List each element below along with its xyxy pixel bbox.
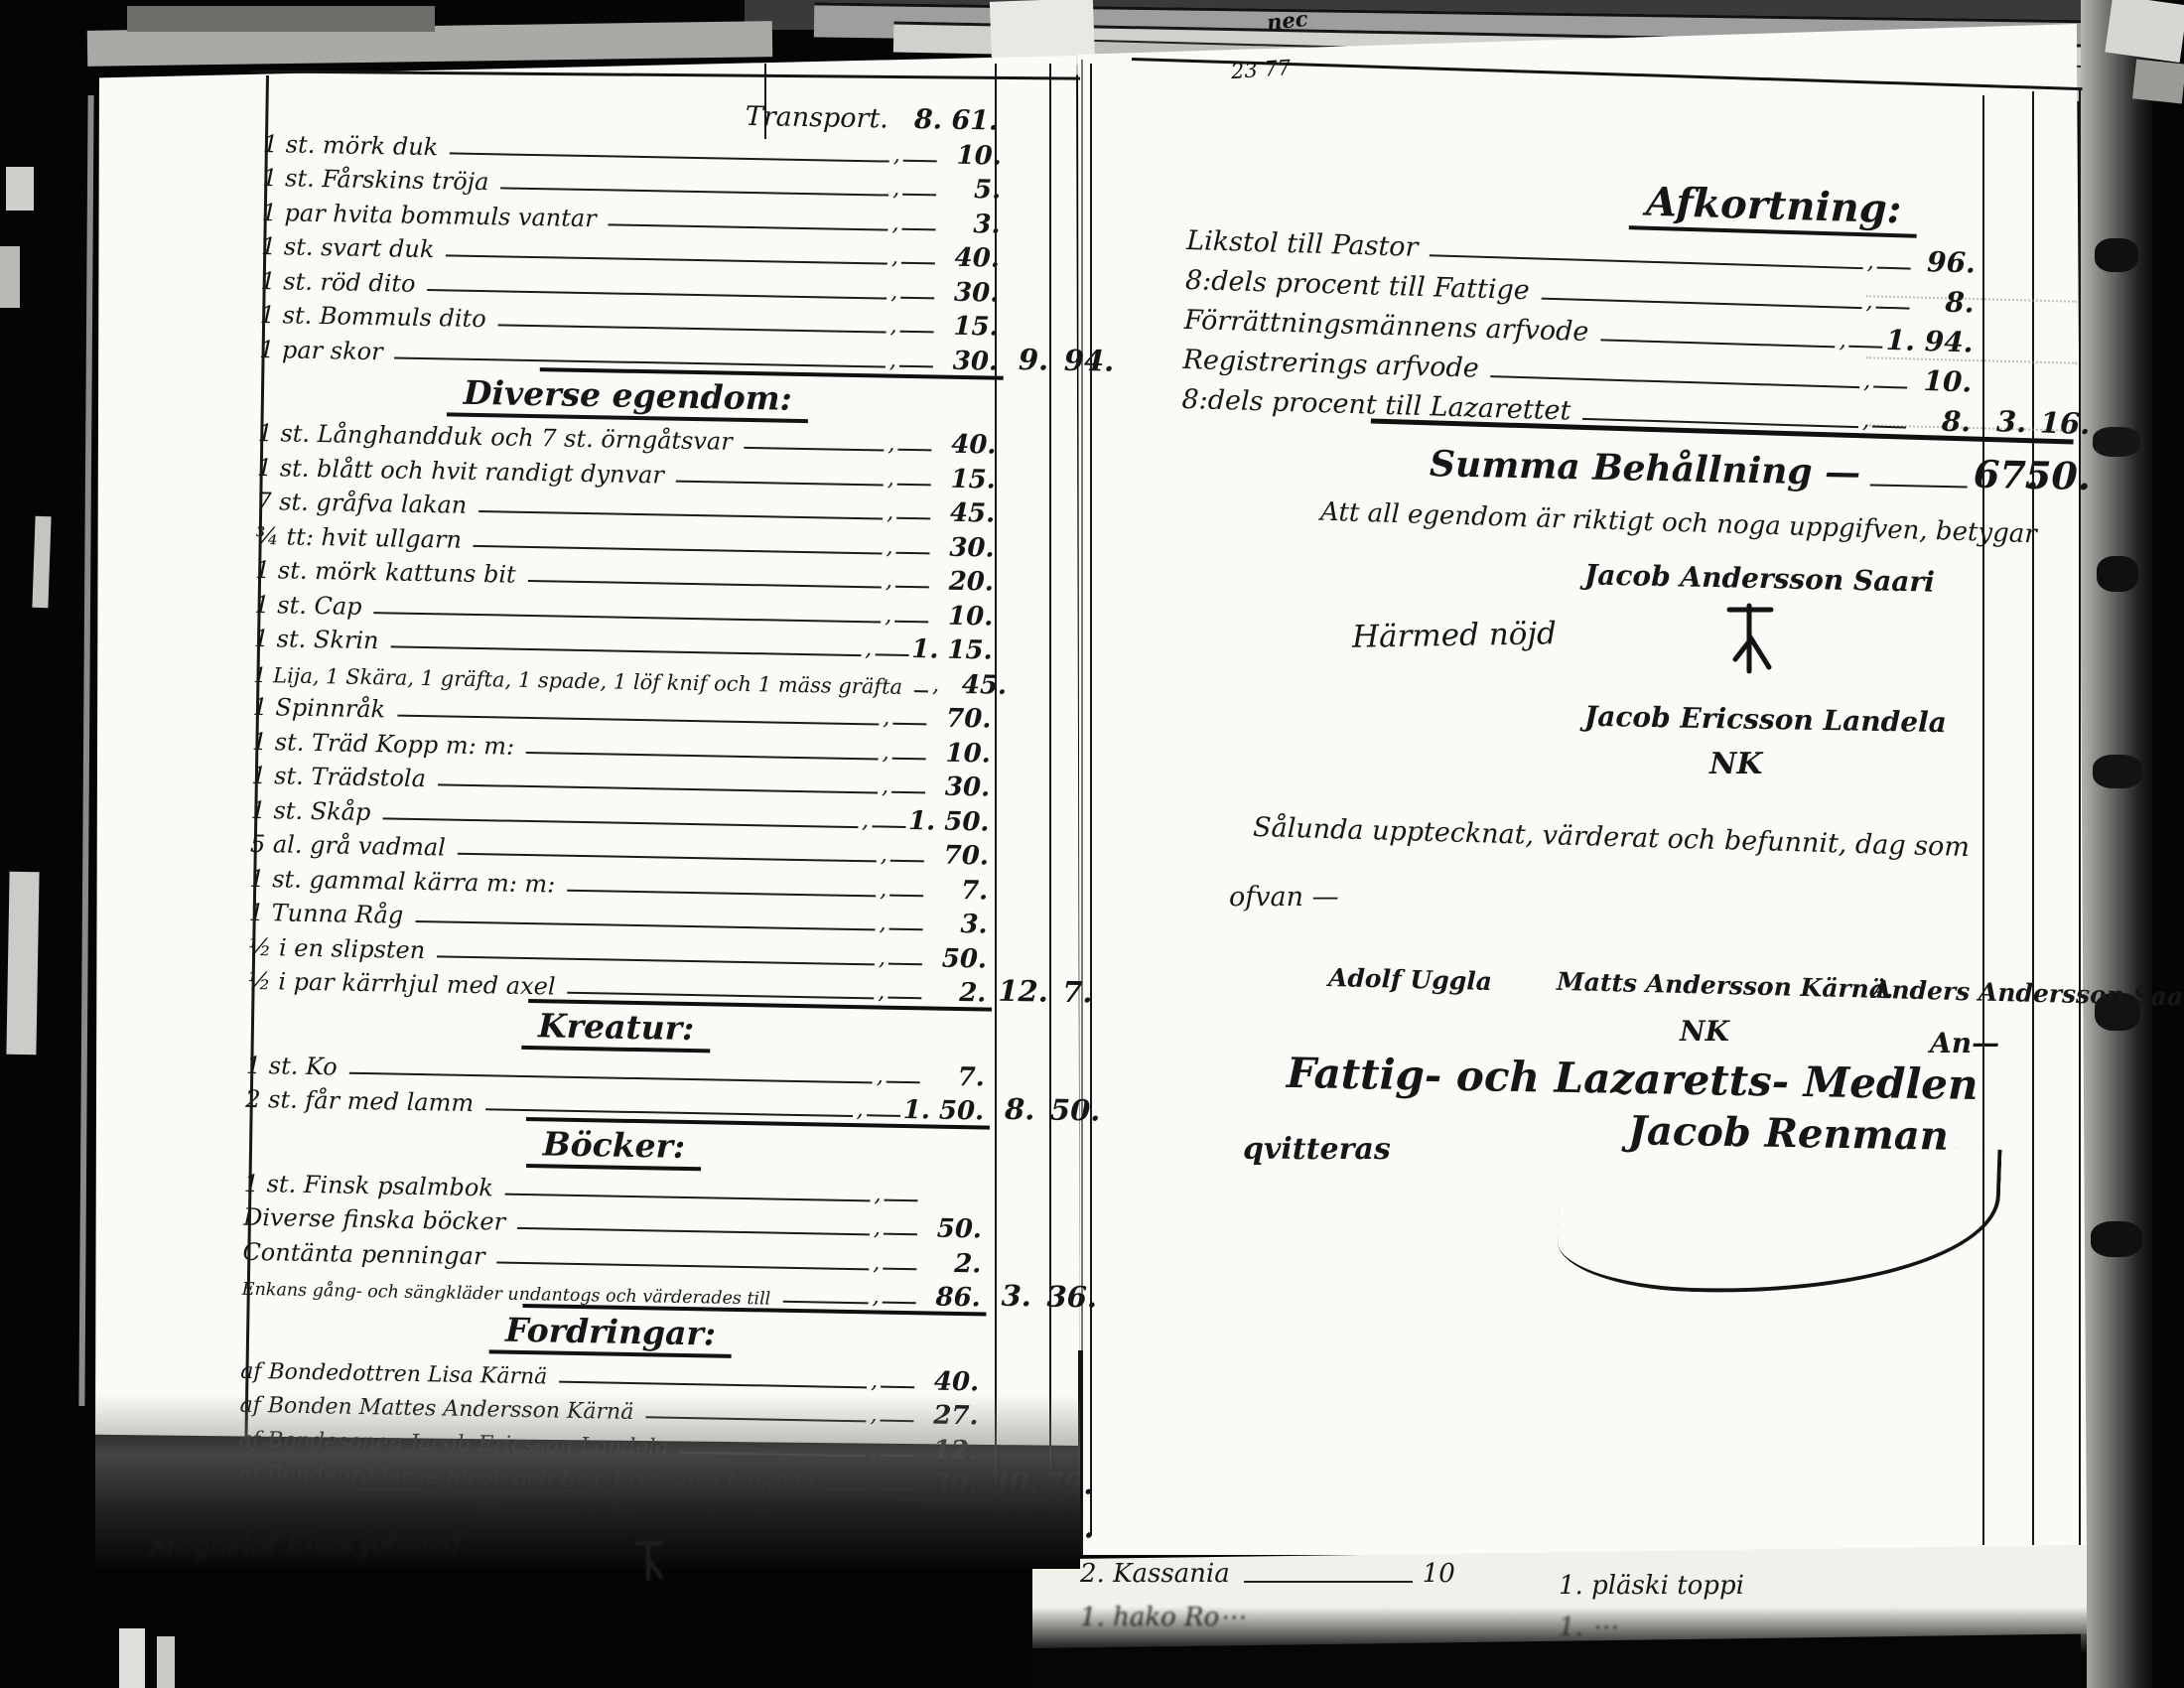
scan-edge-sliver: [6, 872, 39, 1055]
item-amount: 1. 50.: [908, 806, 990, 837]
leader-dash: [901, 227, 935, 230]
leader-dash: [900, 296, 934, 299]
right-top-corner-sliver: [2132, 59, 2184, 103]
leader-line: [609, 223, 888, 230]
leader-dash: [875, 653, 908, 656]
owner-mark-icon: [1725, 602, 1777, 683]
leader-tick: ,: [886, 536, 892, 558]
leader-dash: [901, 262, 935, 265]
item-amount: 3.: [925, 909, 988, 939]
leader-tick: ,: [882, 776, 888, 798]
leader-dash: [1875, 307, 1909, 310]
item-amount: 10.: [931, 601, 994, 632]
subtotal-rubles: 9.: [1010, 342, 1058, 376]
handwritten-mark: NK: [1709, 747, 1763, 781]
leader-tick: ,: [891, 247, 898, 269]
leader-line: [782, 1301, 868, 1305]
leader-line: [437, 955, 875, 965]
strip-item-label: 2. Kassania: [1080, 1559, 1230, 1589]
item-label: 1 st. Skrin: [254, 625, 379, 654]
scan-right-black: [2152, 0, 2184, 1688]
item-label: 1 Tunna Råg: [248, 899, 403, 929]
handwritten-mark: An—: [1930, 1027, 1999, 1059]
scanned-document: nec 23 77 Transport. 8. 61.: [0, 0, 2184, 1688]
leader-tick: ,: [932, 674, 939, 696]
item-label: 1 st. svart duk: [261, 232, 435, 263]
smudged-owner-mark-icon: [631, 1537, 667, 1589]
leader-line: [1600, 339, 1836, 348]
scan-edge-sliver: [32, 516, 51, 609]
left-money-column-rule: [1090, 64, 1092, 1535]
leader-tick: ,: [887, 502, 893, 524]
leader-tick: ,: [871, 1370, 878, 1392]
leader-dash: [903, 159, 937, 162]
leader-dash: [1872, 426, 1906, 429]
leader-line: [676, 480, 884, 486]
right-edge-blot: [2091, 1221, 2142, 1257]
right-edge-blot: [2095, 238, 2138, 272]
leader-line: [450, 152, 889, 162]
leader-tick: ,: [887, 468, 894, 490]
item-amount: 20.: [932, 566, 995, 597]
item-label: ¾ tt: hvit ullgarn: [255, 521, 462, 553]
item-label: Diverse egendom:: [447, 372, 808, 423]
strip-item-amount: 10: [1423, 1559, 1455, 1589]
item-label: Contänta penningar: [242, 1237, 485, 1269]
leader-dash: [895, 551, 929, 554]
item-amount: 70.: [929, 703, 992, 734]
leader-dash: [883, 1302, 916, 1305]
leader-line: [427, 289, 887, 299]
handwritten-mark: NK: [1680, 1015, 1729, 1048]
item-amount: 30.: [928, 772, 991, 802]
leader-dash: [890, 860, 924, 863]
right-edge-blot: [2097, 556, 2138, 592]
leader-dash: [897, 449, 931, 452]
item-amount: 40.: [934, 429, 997, 460]
leader-line: [567, 889, 876, 897]
subtotal-kopeks: 7.: [1049, 975, 1106, 1010]
subtotal-kopeks: 36.: [1043, 1280, 1100, 1315]
item-amount: 50.: [925, 943, 988, 974]
item-label: 1 st. mörk duk: [263, 129, 439, 160]
leader-dash: [872, 825, 905, 828]
item-amount: 30.: [932, 532, 995, 563]
leader-line: [1870, 484, 1968, 488]
leader-tick: ,: [891, 212, 898, 234]
leader-tick: ,: [879, 947, 886, 969]
leader-tick: ,: [879, 913, 886, 934]
left-money-column-rule: [1049, 64, 1051, 1535]
item-amount: 70.: [927, 840, 990, 871]
leader-dash: [881, 1385, 914, 1388]
right-money-column-rule: [1982, 95, 1984, 1545]
leader-dash: [889, 928, 923, 931]
item-amount: 1. 94.: [1885, 324, 1974, 359]
item-label: 1 Spinnråk: [252, 693, 385, 723]
leader-line: [1582, 418, 1858, 428]
leader-dash: [887, 1080, 920, 1083]
item-amount: 30.: [937, 277, 1000, 308]
leader-dash: [899, 364, 933, 367]
leader-dash: [883, 1267, 916, 1270]
leader-tick: ,: [889, 350, 896, 371]
leader-tick: ,: [880, 879, 887, 901]
leader-line: [1244, 1581, 1413, 1583]
leader-tick: ,: [1862, 410, 1870, 432]
leader-dash: [892, 723, 926, 726]
leader-line: [526, 751, 879, 759]
item-label: Böcker:: [526, 1124, 701, 1171]
leader-tick: ,: [1865, 291, 1873, 313]
item-amount: 45.: [945, 669, 1008, 700]
leader-line: [567, 992, 874, 1000]
strip-item: 1. pläski toppi: [1559, 1571, 1744, 1601]
item-label: 2 st. får med lamm: [245, 1085, 474, 1117]
leader-tick: ,: [892, 179, 899, 201]
leader-tick: ,: [883, 708, 889, 730]
top-scribble: nec: [1266, 6, 1309, 35]
leader-tick: ,: [873, 1286, 880, 1308]
item-amount: 10.: [1910, 364, 1973, 399]
item-amount: 10.: [940, 140, 1003, 171]
item-amount: 8.: [1909, 404, 1972, 439]
leader-line: [496, 1261, 869, 1270]
leader-dash: [887, 997, 921, 1000]
right-edge-blot: [2093, 755, 2142, 788]
item-label: 1 st. Trädstola: [251, 762, 426, 792]
left-ledger-rows: 1 st. mörk duk , 10. 1 st. Fårskins tröj…: [238, 123, 1002, 1499]
strip-item: 2. Kassania 10: [1080, 1559, 1455, 1589]
leader-tick: ,: [877, 1065, 884, 1087]
leader-line: [390, 645, 861, 656]
leader-line: [485, 1108, 853, 1117]
item-amount: 7.: [926, 875, 989, 906]
left-ledger-column: Transport. 8. 61. 1 st. mörk duk , 10. 1…: [237, 85, 1003, 1545]
leader-line: [446, 254, 887, 264]
leader-tick: ,: [862, 810, 869, 832]
leader-line: [745, 447, 885, 452]
leader-dash: [902, 194, 936, 197]
witness-signature: Adolf Uggla: [1328, 963, 1493, 996]
leader-line: [498, 324, 887, 333]
right-ledger-rows: Afkortning: , Likstol till Pastor , 96.: [1181, 147, 1979, 438]
item-label: 1 par skor: [259, 335, 383, 364]
behallning-rubles: 67.: [1973, 452, 2025, 497]
item-amount: 5.: [939, 174, 1002, 205]
leader-dash: [884, 1233, 917, 1236]
leader-line: [458, 853, 877, 863]
leader-tick: ,: [1867, 251, 1875, 273]
leader-dash: [889, 894, 923, 897]
leader-dash: [895, 586, 929, 589]
leader-tick: ,: [878, 981, 885, 1003]
bottom-left-sliver: [157, 1636, 175, 1688]
item-amount: 96.: [1913, 245, 1976, 280]
item-amount: 40.: [917, 1366, 980, 1397]
bottom-black-smudge: [1032, 1607, 2087, 1688]
leader-tick: ,: [1839, 331, 1846, 352]
leader-tick: ,: [886, 571, 892, 593]
strip-item-label: 1. pläski toppi: [1559, 1571, 1744, 1601]
scan-edge-sliver: [6, 167, 34, 211]
item-label: 1 st. röd dito: [260, 266, 416, 297]
item-amount: 1. 15.: [911, 634, 993, 665]
item-label: 1 st. Bommuls dito: [260, 301, 486, 333]
item-amount: 3.: [938, 209, 1001, 239]
valuation-clause-line2: ofvan —: [1229, 882, 1339, 913]
item-label: 7 st. gråfva lakan: [256, 488, 467, 519]
top-scribble: 23 77: [1230, 56, 1292, 83]
item-label: 1 st. Skåp: [250, 795, 370, 825]
leader-dash: [897, 483, 931, 486]
leader-tick: ,: [1863, 370, 1871, 392]
item-amount: 15.: [934, 464, 997, 494]
right-top-corner-sliver: [2105, 0, 2184, 63]
leader-line: [478, 510, 883, 519]
subtotal-rubles: 12.: [998, 974, 1046, 1009]
item-amount: 7.: [923, 1061, 986, 1092]
leader-tick: ,: [889, 316, 896, 338]
leader-tick: ,: [885, 605, 891, 627]
behallning-kopeks: 50.: [2024, 453, 2077, 498]
leader-line: [415, 920, 875, 930]
right-edge-blot: [2093, 427, 2140, 457]
item-amount: 2.: [924, 977, 987, 1008]
subtotal-kopeks: 16.: [2039, 406, 2092, 442]
signature: Jacob Ericsson Landela: [1584, 700, 1947, 739]
paper-stack-edge: [127, 6, 435, 32]
subtotal-rubles: 3.: [992, 1279, 1040, 1314]
transport-amount: 8. 61.: [914, 104, 999, 137]
subtotal-kopeks: 94.: [1061, 343, 1118, 377]
item-amount: 30.: [936, 346, 999, 376]
right-money-column-rule: [2032, 91, 2034, 1545]
item-amount: 15.: [936, 311, 999, 342]
gutter-crease: [1081, 60, 1083, 1549]
leader-dash: [888, 962, 922, 965]
item-amount: 1. 50.: [902, 1095, 984, 1126]
right-money-column-rule: [2079, 87, 2081, 1545]
leader-line: [528, 580, 882, 589]
transport-label: Transport.: [746, 101, 889, 135]
page-edge-sliver: [78, 95, 93, 1406]
leader-dash: [1849, 346, 1883, 349]
leader-line: [474, 544, 883, 554]
item-amount: 2.: [919, 1248, 982, 1279]
leader-dash: [1877, 267, 1911, 270]
item-label: Afkortning:: [1629, 178, 1918, 238]
leader-dash: [885, 1198, 918, 1201]
leader-tick: ,: [890, 281, 897, 303]
item-label: Fordringar:: [489, 1310, 733, 1357]
leader-dash: [867, 1114, 900, 1117]
receipt-line2: qvitteras: [1243, 1132, 1391, 1167]
leader-line: [382, 817, 858, 828]
item-amount: 10.: [929, 738, 992, 769]
leader-tick: ,: [893, 144, 900, 166]
leader-dash: [894, 620, 928, 623]
leader-dash: [900, 331, 934, 334]
leader-line: [559, 1380, 867, 1388]
approval-line: Härmed nöjd: [1352, 616, 1557, 655]
right-ledger-column: Afkortning: , Likstol till Pastor , 96.: [1181, 147, 1979, 438]
item-amount: 40.: [938, 242, 1001, 273]
bottom-left-sliver: [119, 1628, 145, 1688]
leader-line: [505, 1193, 871, 1201]
scan-edge-sliver: [0, 246, 20, 308]
leader-line: [438, 783, 878, 793]
leader-tick: ,: [874, 1184, 881, 1205]
leader-tick: ,: [865, 638, 872, 660]
subtotal-kopeks: 50.: [1047, 1093, 1104, 1128]
smudged-signatures: Magnelöf Elias Johansf.: [149, 1526, 470, 1563]
leader-tick: ,: [883, 742, 889, 764]
item-label: 5 al. grå vadmal: [250, 830, 446, 862]
leader-tick: ,: [857, 1099, 864, 1121]
leader-tick: ,: [874, 1217, 881, 1239]
leader-dash: [892, 757, 926, 760]
item-amount: 50.: [920, 1213, 983, 1244]
leader-line: [397, 715, 879, 726]
leader-line: [500, 187, 888, 196]
item-label: 1 st. Ko: [246, 1051, 338, 1080]
item-amount: 86.: [918, 1282, 981, 1313]
item-label: 1 st. Cap: [254, 590, 362, 620]
leader-line: [914, 690, 928, 692]
leader-dash: [891, 791, 925, 794]
subtotal-rubles: 8.: [996, 1092, 1044, 1127]
item-amount: 45.: [933, 497, 996, 528]
item-label: 1 st. Fårskins tröja: [262, 164, 489, 196]
leader-tick: ,: [887, 434, 894, 456]
leader-dash: [1873, 386, 1907, 389]
leader-dash: [896, 517, 930, 520]
leader-tick: ,: [881, 845, 887, 867]
item-amount: 8.: [1912, 285, 1975, 320]
subtotal-rubles: 3.: [1987, 404, 2036, 439]
leader-tick: ,: [873, 1252, 880, 1274]
item-label: ½ i en slipsten: [248, 932, 426, 963]
leader-line: [517, 1227, 870, 1236]
item-label: Kreatur:: [522, 1006, 711, 1053]
